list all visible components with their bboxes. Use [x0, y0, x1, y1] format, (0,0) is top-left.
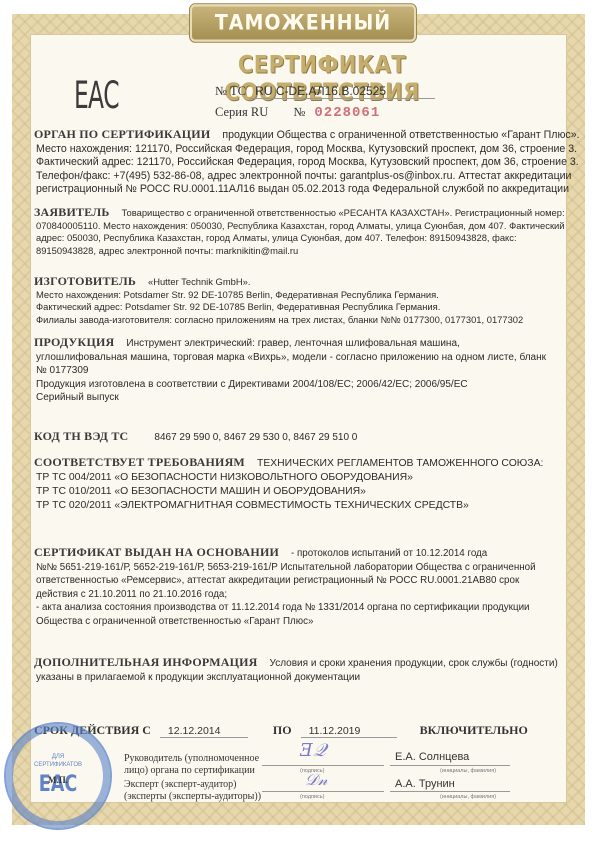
validity-to-label: ПО	[273, 723, 292, 737]
series-line: Серия RU № 0228061	[215, 105, 380, 121]
validity-from-date: 12.12.2014	[160, 725, 248, 738]
section-label: ИЗГОТОВИТЕЛЬ	[34, 274, 136, 288]
section-line: Фактический адрес: 121170, Российская Фе…	[34, 156, 580, 170]
section-basis: СЕРТИФИКАТ ВЫДАН НА ОСНОВАНИИ- протоколо…	[34, 546, 580, 628]
expert-name: А.А. Трунин	[395, 778, 455, 790]
role-line: (эксперты (эксперты-аудиторы))	[124, 791, 261, 803]
head-role: Руководитель (уполномоченное лицо) орган…	[124, 753, 259, 777]
section-line: Место нахождения: 121170, Российская Фед…	[34, 143, 580, 157]
name-line	[390, 791, 510, 792]
section-line: ответственностью «Ремсервис», аттестат а…	[34, 574, 580, 588]
section-line: Филиалы завода-изготовителя: согласно пр…	[34, 314, 580, 327]
stamp-text: СЕРТИФИКАТОВ	[6, 762, 110, 768]
official-stamp: ДЛЯ СЕРТИФИКАТОВ ЕАС М.П.	[4, 722, 112, 830]
section-additional-info: ДОПОЛНИТЕЛЬНАЯ ИНФОРМАЦИЯУсловия и сроки…	[34, 656, 580, 684]
validity-period: СРОК ДЕЙСТВИЯ С 12.12.2014 ПО 11.12.2019…	[34, 723, 528, 738]
section-line: Место нахождения: Potsdamer Str. 92 DE-1…	[34, 289, 580, 302]
head-signature: Ǝ𝒬	[300, 740, 326, 761]
section-tn-ved: КОД ТН ВЭД ТС8467 29 590 0, 8467 29 530 …	[34, 430, 580, 445]
serial-number: 0228061	[314, 105, 380, 121]
section-line: №№ 5651-219-161/Р, 5652-219-161/Р, 5653-…	[34, 561, 580, 575]
name-line	[390, 765, 510, 766]
series-label: Серия RU	[215, 105, 268, 119]
customs-union-banner: ТАМОЖЕННЫЙ СОЮЗ	[190, 4, 416, 41]
section-certification-body: ОРГАН ПО СЕРТИФИКАЦИИпродукции Общества …	[34, 128, 580, 197]
signature-caption: (подпись)	[300, 794, 324, 800]
section-line: ТР ТС 010/2011 «О БЕЗОПАСНОСТИ МАШИН И О…	[34, 485, 580, 499]
role-line: Эксперт (эксперт-аудитор)	[124, 779, 261, 791]
section-label: ОРГАН ПО СЕРТИФИКАЦИИ	[34, 127, 210, 141]
section-label: СООТВЕТСТВУЕТ ТРЕБОВАНИЯМ	[34, 455, 245, 469]
section-text: Товарищество с ограниченной ответственно…	[122, 207, 565, 218]
signature-line	[262, 791, 384, 792]
section-label: СЕРТИФИКАТ ВЫДАН НА ОСНОВАНИИ	[34, 545, 279, 559]
section-product: ПРОДУКЦИЯИнструмент электрический: граве…	[34, 336, 580, 405]
section-line: № 0177309	[34, 364, 580, 378]
expert-signature: 𝒟𝓃	[305, 770, 328, 790]
section-line: углошлифовальная машина, торговая марка …	[34, 351, 580, 365]
validity-suffix: ВКЛЮЧИТЕЛЬНО	[420, 723, 528, 737]
number-label: № ТС	[215, 84, 246, 98]
section-text: 8467 29 590 0, 8467 29 530 0, 8467 29 51…	[154, 432, 357, 443]
section-label: ДОПОЛНИТЕЛЬНАЯ ИНФОРМАЦИЯ	[34, 655, 258, 669]
section-text: - протоколов испытаний от 10.12.2014 год…	[291, 548, 487, 559]
section-text: «Hutter Technik GmbH».	[148, 276, 250, 287]
section-text: продукции Общества с ограниченной ответс…	[222, 129, 579, 141]
section-line: Фактический адрес: Potsdamer Str. 92 DE-…	[34, 301, 580, 314]
section-text: ТЕХНИЧЕСКИХ РЕГЛАМЕНТОВ ТАМОЖЕННОГО СОЮЗ…	[257, 458, 543, 469]
section-line: - акта анализа состояния производства от…	[34, 601, 580, 615]
section-line: 89150943828, адрес электронной почты: ma…	[34, 245, 580, 258]
section-manufacturer: ИЗГОТОВИТЕЛЬ«Hutter Technik GmbH». Место…	[34, 275, 580, 326]
stamp-mp: М.П.	[6, 775, 110, 785]
section-line: Телефон/факс: +7(495) 532-86-08, адрес э…	[34, 170, 580, 184]
number-value: RU C-DE.АЛ16.В.02525	[249, 84, 435, 99]
section-requirements: СООТВЕТСТВУЕТ ТРЕБОВАНИЯМТЕХНИЧЕСКИХ РЕГ…	[34, 455, 580, 513]
section-line: Серийный выпуск	[34, 391, 580, 405]
signature-line	[262, 765, 384, 766]
section-line: указаны в прилагаемой к продукции эксплу…	[34, 671, 580, 685]
section-label: КОД ТН ВЭД ТС	[34, 429, 128, 443]
section-line: регистрационный № РОСС RU.0001.11АЛ16 вы…	[34, 183, 580, 197]
section-text: Инструмент электрический: гравер, ленточ…	[126, 338, 459, 349]
section-label: ЗАЯВИТЕЛЬ	[34, 205, 110, 219]
section-line: действия с 21.10.2011 по 21.10.2016 года…	[34, 588, 580, 602]
section-applicant: ЗАЯВИТЕЛЬТоварищество с ограниченной отв…	[34, 206, 580, 257]
section-line: ТР ТС 004/2011 «О БЕЗОПАСНОСТИ НИЗКОВОЛЬ…	[34, 471, 580, 485]
section-line: 070840005110. Место нахождения: 050030, …	[34, 220, 580, 233]
section-line: ТР ТС 020/2011 «ЭЛЕКТРОМАГНИТНАЯ СОВМЕСТ…	[34, 499, 580, 513]
name-caption: (инициалы, фамилия)	[440, 768, 496, 774]
name-caption: (инициалы, фамилия)	[440, 794, 496, 800]
section-line: Общества с ограниченной ответственностью…	[34, 615, 580, 629]
section-label: ПРОДУКЦИЯ	[34, 335, 114, 349]
certificate-number: № ТС RU C-DE.АЛ16.В.02525	[215, 84, 435, 99]
role-line: лицо) органа по сертификации	[124, 765, 259, 777]
expert-role: Эксперт (эксперт-аудитор) (эксперты (экс…	[124, 779, 261, 803]
validity-to-date: 11.12.2019	[301, 725, 397, 738]
stamp-text: ДЛЯ	[6, 754, 110, 760]
section-line: адрес: 050030, Республика Казахстан, гор…	[34, 232, 580, 245]
role-line: Руководитель (уполномоченное	[124, 753, 259, 765]
serial-label: №	[293, 105, 305, 119]
eac-logo: ЕАС	[74, 74, 119, 118]
head-name: Е.А. Солнцева	[395, 751, 469, 763]
section-text: Условия и сроки хранения продукции, срок…	[270, 658, 558, 669]
section-line: Продукция изготовлена в соответствии с Д…	[34, 378, 580, 392]
